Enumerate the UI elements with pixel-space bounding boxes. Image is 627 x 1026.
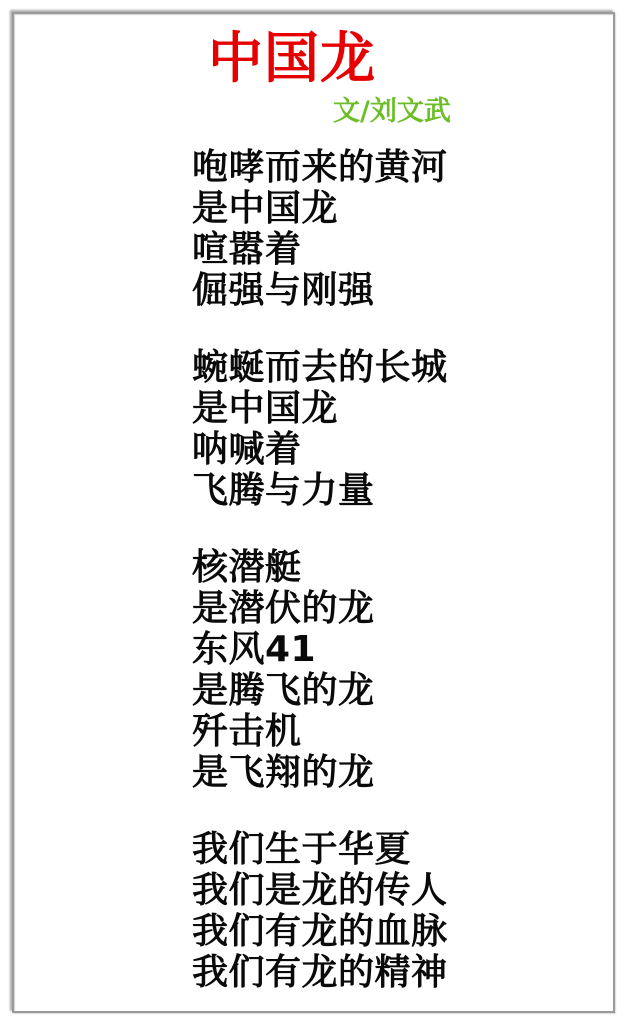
poem-line: 我们生于华夏: [192, 829, 448, 870]
stanza-1: 咆哮而来的黄河 是中国龙 喧嚣着 倔强与刚强: [192, 147, 448, 311]
poem-line: 核潜艇: [192, 547, 448, 588]
poem-title: 中国龙: [208, 28, 376, 89]
stanza-2: 蜿蜒而去的长城 是中国龙 呐喊着 飞腾与力量: [192, 347, 448, 511]
poem-line: 呐喊着: [192, 429, 448, 470]
poem-line: 是中国龙: [192, 188, 448, 229]
poem-page: 中国龙 文/刘文武 咆哮而来的黄河 是中国龙 喧嚣着 倔强与刚强 蜿蜒而去的长城…: [0, 0, 627, 1026]
poem-line: 我们是龙的传人: [192, 870, 448, 911]
stanza-3: 核潜艇 是潜伏的龙 东风41 是腾飞的龙 歼击机 是飞翔的龙: [192, 547, 448, 793]
poem-line: 我们有龙的精神: [192, 952, 448, 993]
stanza-4: 我们生于华夏 我们是龙的传人 我们有龙的血脉 我们有龙的精神: [192, 829, 448, 993]
poem-line: 是中国龙: [192, 388, 448, 429]
poem-author-byline: 文/刘文武: [333, 97, 451, 127]
poem-line: 我们有龙的血脉: [192, 911, 448, 952]
poem-line: 喧嚣着: [192, 229, 448, 270]
poem-line: 飞腾与力量: [192, 470, 448, 511]
poem-line: 咆哮而来的黄河: [192, 147, 448, 188]
poem-line: 歼击机: [192, 711, 448, 752]
poem-line: 是潜伏的龙: [192, 588, 448, 629]
poem-body: 咆哮而来的黄河 是中国龙 喧嚣着 倔强与刚强 蜿蜒而去的长城 是中国龙 呐喊着 …: [192, 147, 448, 1026]
poem-line: 是腾飞的龙: [192, 670, 448, 711]
poem-line: 是飞翔的龙: [192, 752, 448, 793]
poem-line: 倔强与刚强: [192, 270, 448, 311]
poem-line: 东风41: [192, 629, 448, 670]
poem-line: 蜿蜒而去的长城: [192, 347, 448, 388]
